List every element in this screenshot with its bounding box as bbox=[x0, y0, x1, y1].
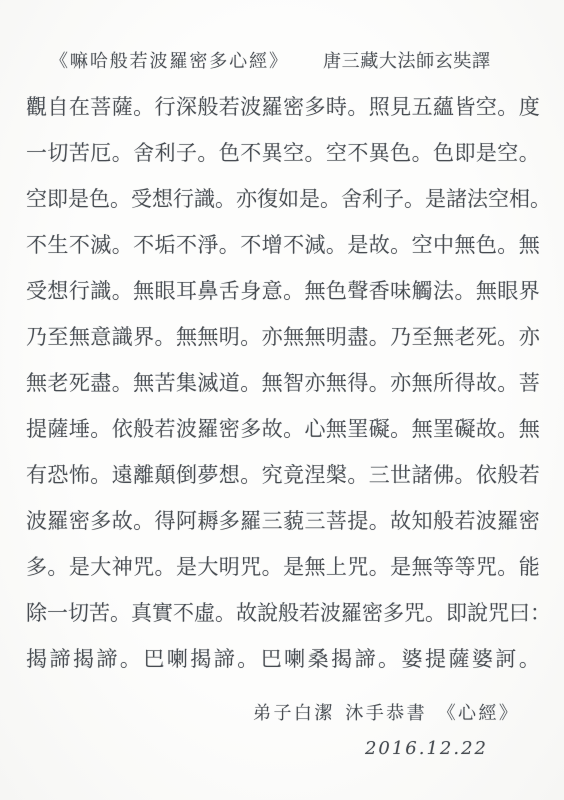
sutra-line: 乃至無意識界。無無明。亦無無明盡。乃至無老死。亦 bbox=[26, 313, 540, 359]
sutra-title: 《嘛哈般若波羅密多心經》 bbox=[50, 47, 287, 73]
sutra-line: 有恐怖。遠離顛倒夢想。究竟涅槃。三世諸佛。依般若 bbox=[26, 451, 540, 497]
calligrapher-signature: 弟子白潔沐手恭書《心經》 bbox=[253, 700, 517, 724]
sutra-line: 多。是大神咒。是大明咒。是無上咒。是無等等咒。能 bbox=[26, 543, 540, 589]
heart-sutra-calligraphy-page: 《嘛哈般若波羅密多心經》 唐三藏大法師玄奘譯 觀自在菩薩。行深般若波羅密多時。照… bbox=[0, 0, 564, 800]
sutra-line: 除一切苦。真實不虛。故說般若波羅密多咒。即說咒曰： bbox=[26, 589, 540, 635]
title-row: 《嘛哈般若波羅密多心經》 唐三藏大法師玄奘譯 bbox=[50, 48, 540, 72]
sutra-line: 波羅密多故。得阿耨多羅三藐三菩提。故知般若波羅密 bbox=[26, 497, 540, 543]
sutra-line: 揭諦揭諦。巴喇揭諦。巴喇桑揭諦。婆提薩婆訶。 bbox=[26, 635, 540, 681]
sutra-line: 無老死盡。無苦集滅道。無智亦無得。亦無所得故。菩 bbox=[26, 359, 540, 405]
sutra-body: 觀自在菩薩。行深般若波羅密多時。照見五蘊皆空。度 一切苦厄。舍利子。色不異空。空… bbox=[26, 83, 540, 681]
sutra-line: 觀自在菩薩。行深般若波羅密多時。照見五蘊皆空。度 bbox=[26, 83, 540, 129]
sutra-line: 空即是色。受想行識。亦復如是。舍利子。是諸法空相。 bbox=[26, 175, 540, 221]
sutra-line: 提薩埵。依般若波羅密多故。心無罣礙。無罣礙故。無 bbox=[26, 405, 540, 451]
sutra-line: 一切苦厄。舍利子。色不異空。空不異色。色即是空。 bbox=[26, 129, 540, 175]
date-inscription: 2016.12.22 bbox=[26, 738, 488, 762]
sutra-line: 受想行識。無眼耳鼻舌身意。無色聲香味觸法。無眼界 bbox=[26, 267, 540, 313]
sutra-line: 不生不滅。不垢不淨。不增不減。是故。空中無色。無 bbox=[26, 221, 540, 267]
translator-credit: 唐三藏大法師玄奘譯 bbox=[323, 47, 490, 73]
colophon: 弟子白潔沐手恭書《心經》 2016.12.22 bbox=[26, 700, 540, 762]
